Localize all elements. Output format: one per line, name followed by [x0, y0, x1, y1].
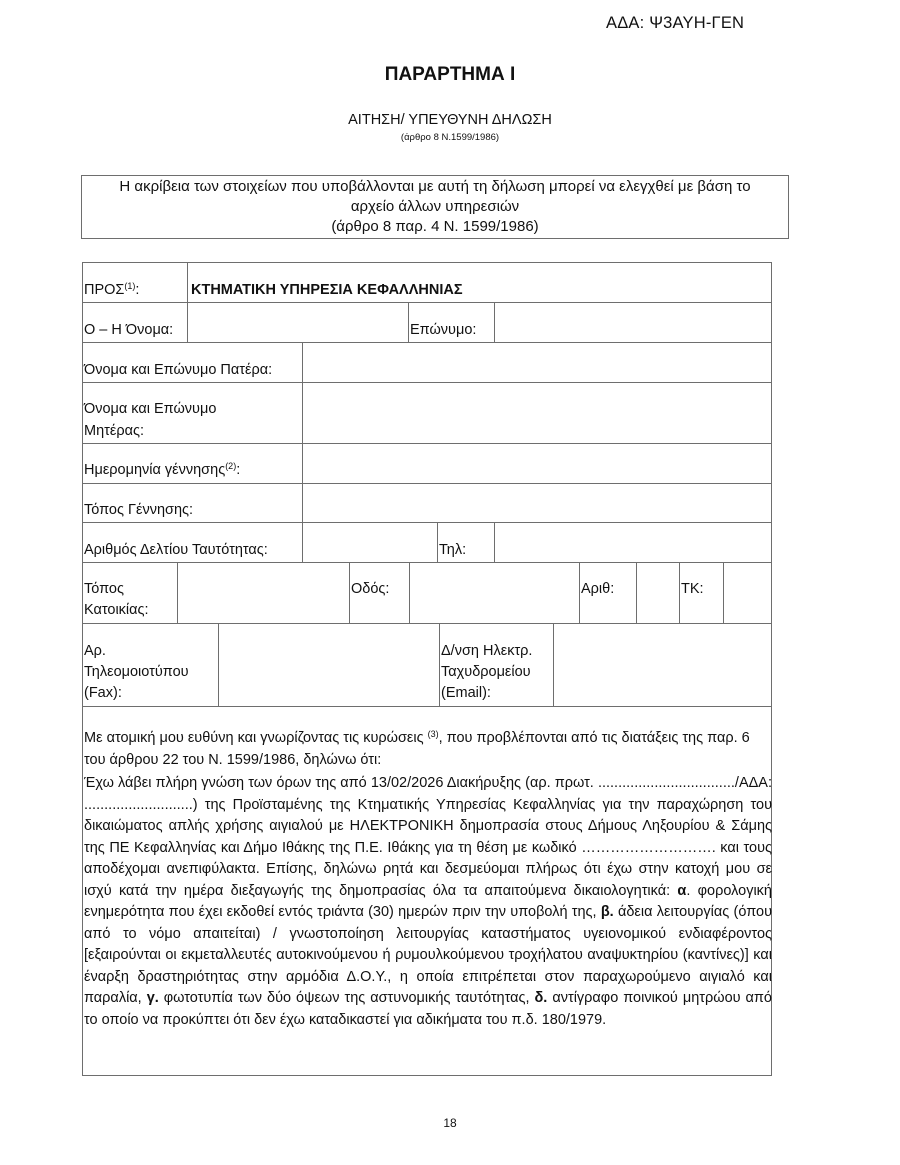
footnote-ref-1: (1) [124, 281, 135, 291]
footnote-ref-2: (2) [225, 461, 236, 471]
id-number-field[interactable] [303, 523, 437, 562]
street-number-label: Αριθ: [581, 579, 614, 600]
birth-place-field[interactable] [303, 484, 771, 522]
last-name-field[interactable] [495, 303, 771, 342]
notice-line-2: αρχείο άλλων υπηρεσιών [82, 197, 788, 217]
mother-name-label: Όνομα και Επώνυμο Μητέρας: [84, 399, 216, 442]
postcode-field[interactable] [724, 563, 771, 623]
item-b-marker: β. [601, 904, 614, 920]
form-law-reference: (άρθρο 8 Ν.1599/1986) [0, 132, 900, 143]
item-c-marker: γ. [147, 990, 159, 1006]
notice-line-3: (άρθρο 8 παρ. 4 Ν. 1599/1986) [82, 217, 788, 237]
first-name-field[interactable] [188, 303, 407, 342]
phone-field[interactable] [495, 523, 771, 562]
first-name-label: Ο – Η Όνομα: [84, 320, 173, 341]
mother-name-field[interactable] [303, 383, 771, 443]
postcode-label: ΤΚ: [681, 579, 704, 600]
page-number: 18 [0, 1116, 900, 1130]
fax-label: Αρ. Τηλεομοιοτύπου (Fax): [84, 641, 189, 704]
id-number-label: Αριθμός Δελτίου Ταυτότητας: [84, 540, 268, 561]
to-label: ΠΡΟΣ(1): [84, 280, 139, 301]
notice-line-1: Η ακρίβεια των στοιχείων που υποβάλλοντα… [82, 177, 788, 197]
street-field[interactable] [410, 563, 579, 623]
residence-field[interactable] [178, 563, 349, 623]
item-d-marker: δ. [535, 990, 548, 1006]
phone-label: Τηλ: [439, 540, 466, 561]
last-name-label: Επώνυμο: [410, 320, 476, 341]
accuracy-notice: Η ακρίβεια των στοιχείων που υποβάλλοντα… [81, 175, 789, 239]
page-title: ΠΑΡΑΡΤΗΜΑ Ι [0, 64, 900, 86]
form-subtitle: ΑΙΤΗΣΗ/ ΥΠΕΥΘΥΝΗ ΔΗΛΩΣΗ [0, 112, 900, 128]
father-name-label: Όνομα και Επώνυμο Πατέρα: [84, 360, 272, 381]
birth-date-field[interactable] [303, 444, 771, 483]
birth-date-label: Ημερομηνία γέννησης(2): [84, 460, 240, 481]
to-value: ΚΤΗΜΑΤΙΚΗ ΥΠΗΡΕΣΙΑ ΚΕΦΑΛΛΗΝΙΑΣ [191, 280, 463, 301]
street-label: Οδός: [351, 579, 389, 600]
footnote-ref-3: (3) [428, 729, 439, 739]
street-number-field[interactable] [637, 563, 679, 623]
father-name-field[interactable] [303, 343, 771, 382]
declaration-intro: Με ατομική μου ευθύνη και γνωρίζοντας τι… [84, 728, 772, 771]
email-field[interactable] [554, 624, 771, 706]
birth-place-label: Τόπος Γέννησης: [84, 500, 193, 521]
residence-label: Τόπος Κατοικίας: [84, 579, 149, 621]
declaration-body: Έχω λάβει πλήρη γνώση των όρων της από 1… [84, 773, 772, 1031]
item-a-marker: α [677, 883, 686, 899]
email-label: Δ/νση Ηλεκτρ. Ταχυδρομείου (Email): [441, 641, 532, 704]
ada-code: ΑΔΑ: Ψ3ΑΥΗ-ΓΕΝ [606, 14, 744, 33]
fax-field[interactable] [219, 624, 439, 706]
